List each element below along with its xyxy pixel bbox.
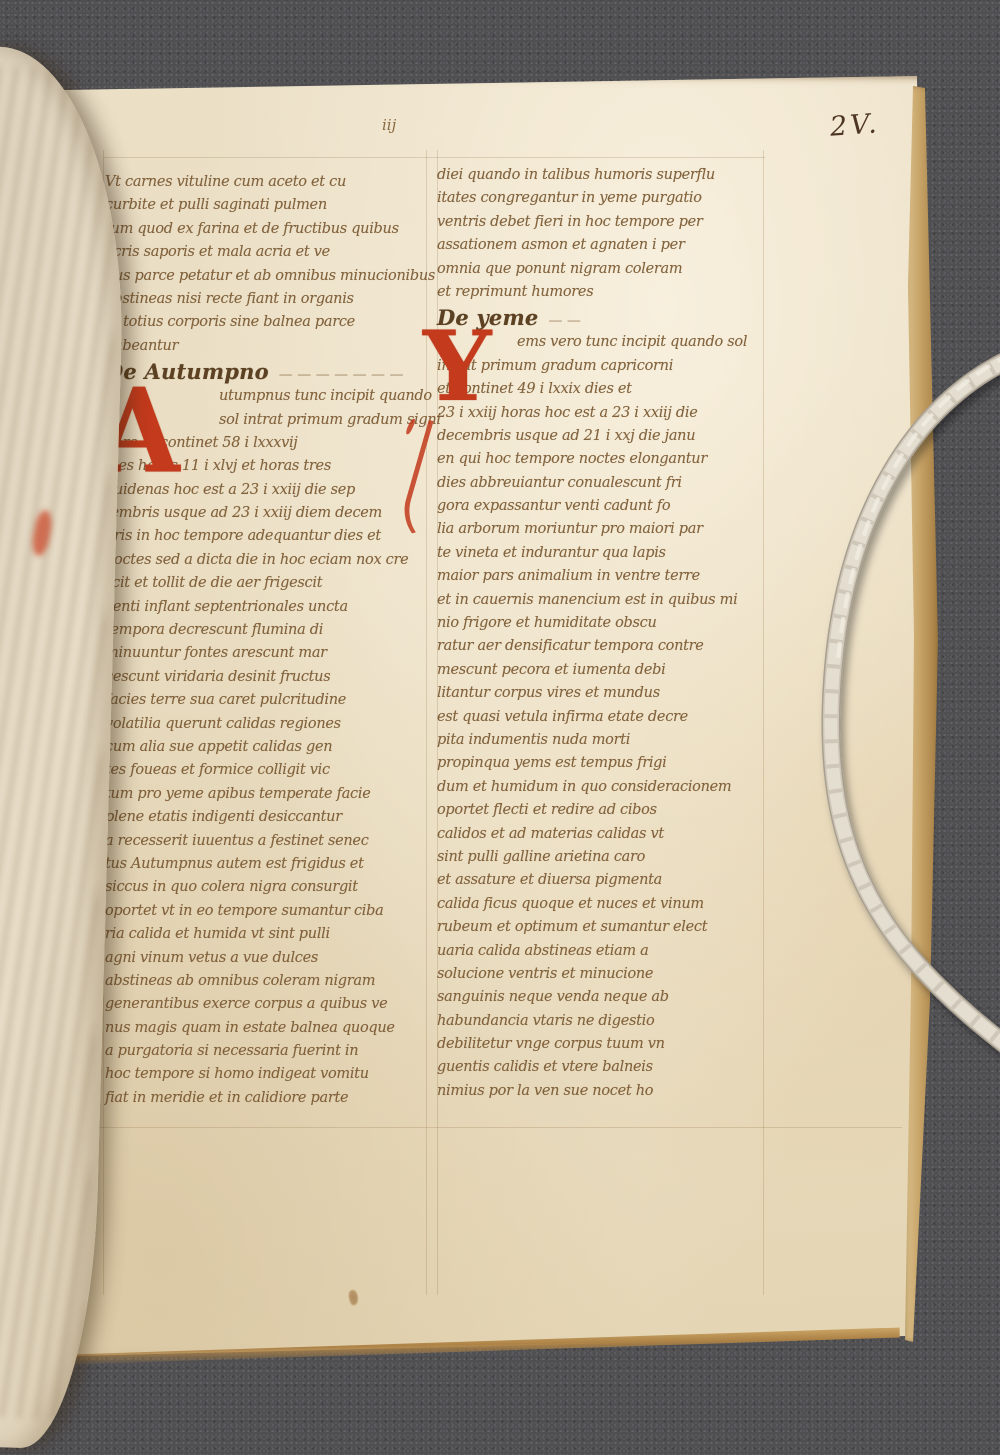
text-line: nus magis quam in estate balnea quoque bbox=[105, 1017, 427, 1040]
text-line: maior pars animalium in ventre terre bbox=[437, 565, 765, 588]
text-line: en qui hoc tempore noctes elongantur bbox=[437, 448, 765, 471]
text-line: ria calida et humida vt sint pulli bbox=[105, 923, 427, 946]
text-line: diei quando in talibus humoris superflu bbox=[437, 164, 765, 187]
quire-signature: iij bbox=[382, 116, 396, 134]
text-line: habeantur bbox=[105, 335, 427, 358]
text-line: abstineas ab omnibus coleram nigram bbox=[105, 970, 427, 993]
text-line: et assature et diuersa pigmenta bbox=[437, 869, 765, 892]
text-line: a purgatoria si necessaria fuerint in bbox=[105, 1040, 427, 1063]
text-line: habundancia vtaris ne digestio bbox=[437, 1010, 765, 1033]
text-line: cescunt viridaria desinit fructus bbox=[105, 666, 427, 689]
text-line: decembris usque ad 21 i xxj die janu bbox=[437, 425, 765, 448]
text-line: minuuntur fontes arescunt mar bbox=[105, 642, 427, 665]
text-line: sint pulli galline arietina caro bbox=[437, 846, 765, 869]
text-line: debilitetur vnge corpus tuum vn bbox=[437, 1033, 765, 1056]
text-line: omnia que ponunt nigram coleram bbox=[437, 258, 765, 281]
text-line: venti inflant septentrionales uncta bbox=[105, 596, 427, 619]
text-line: rubeum et optimum et sumantur elect bbox=[437, 916, 765, 939]
text-line: tum pro yeme apibus temperate facie bbox=[105, 783, 427, 806]
text-line: cum alia sue appetit calidas gen bbox=[105, 736, 427, 759]
folio-number: 2V. bbox=[829, 108, 881, 142]
text-line: et in cauernis manencium est in quibus m… bbox=[437, 589, 765, 612]
text-line: gora expassantur venti cadunt fo bbox=[437, 495, 765, 518]
text-line: pita indumentis nuda morti bbox=[437, 729, 765, 752]
text-line: ventris debet fieri in hoc tempore per bbox=[437, 211, 765, 234]
text-line: oportet flecti et redire ad cibos bbox=[437, 799, 765, 822]
text-line: nimius por la ven sue nocet ho bbox=[437, 1080, 765, 1103]
text-line: guentis calidis et vtere balneis bbox=[437, 1056, 765, 1079]
text-line: scit et tollit de die aer frigescit bbox=[105, 572, 427, 595]
rubricated-initial-y: Y bbox=[423, 319, 492, 415]
text-line: Vt carnes vituline cum aceto et cu bbox=[105, 171, 427, 194]
text-line: ratur aer densificatur tempora contre bbox=[437, 635, 765, 658]
text-line: facies terre sua caret pulcritudine bbox=[105, 689, 427, 712]
right-column-upper-lines: diei quando in talibus humoris superflui… bbox=[437, 164, 765, 304]
text-line: te vineta et indurantur qua lapis bbox=[437, 542, 765, 565]
text-line: litantur corpus vires et mundus bbox=[437, 682, 765, 705]
text-line: fiat in meridie et in calidiore parte bbox=[105, 1087, 427, 1110]
text-line: calida ficus quoque et nuces et vinum bbox=[437, 893, 765, 916]
text-line: plene etatis indigenti desiccantur bbox=[105, 806, 427, 829]
text-line: tum quod ex farina et de fructibus quibu… bbox=[105, 218, 427, 241]
text-line: tempora decrescunt flumina di bbox=[105, 619, 427, 642]
left-text-column: Vt carnes vituline cum aceto et cucurbit… bbox=[105, 171, 427, 1110]
text-line: assationem asmon et agnaten i per bbox=[437, 234, 765, 257]
text-line: noctes sed a dicta die in hoc eciam nox … bbox=[105, 549, 427, 572]
text-line: curbite et pulli saginati pulmen bbox=[105, 194, 427, 217]
ruling-line-horizontal bbox=[80, 1127, 902, 1128]
text-line: agni vinum vetus a vue dulces bbox=[105, 947, 427, 970]
text-line: volatilia querunt calidas regiones bbox=[105, 713, 427, 736]
left-column-upper-lines: Vt carnes vituline cum aceto et cucurbit… bbox=[105, 171, 427, 358]
text-line: abstineas nisi recte fiant in organis bbox=[105, 288, 427, 311]
text-line: propinqua yems est tempus frigi bbox=[437, 752, 765, 775]
text-line: tes foueas et formice colligit vic bbox=[105, 759, 427, 782]
text-line: uaria calida abstineas etiam a bbox=[437, 940, 765, 963]
text-line: lia arborum moriuntur pro maiori par bbox=[437, 518, 765, 541]
text-line: bris in hoc tempore adequantur dies et bbox=[105, 525, 427, 548]
ruling-line-horizontal bbox=[103, 157, 765, 158]
text-line: tembris usque ad 23 i xxiij diem decem bbox=[105, 502, 427, 525]
text-line: generantibus exerce corpus a quibus ve bbox=[105, 993, 427, 1016]
text-line: siccus in quo colera nigra consurgit bbox=[105, 876, 427, 899]
text-line: hoc tempore si homo indigeat vomitu bbox=[105, 1063, 427, 1086]
text-line: a recesserit iuuentus a festinet senec bbox=[105, 830, 427, 853]
text-line: et totius corporis sine balnea parce bbox=[105, 311, 427, 334]
text-line: sanguinis neque venda neque ab bbox=[437, 986, 765, 1009]
text-line: dum et humidum in quo consideracionem bbox=[437, 776, 765, 799]
text-line: solucione ventris et minucione bbox=[437, 963, 765, 986]
text-line: acris saporis et mala acria et ve bbox=[105, 241, 427, 264]
text-line: mescunt pecora et iumenta debi bbox=[437, 659, 765, 682]
left-column-body-lines: A utumpnus tunc incipit quandosol intrat… bbox=[105, 385, 427, 1110]
text-line: est quasi vetula infirma etate decre bbox=[437, 706, 765, 729]
right-text-column: diei quando in talibus humoris superflui… bbox=[437, 164, 765, 1103]
text-line: nio frigore et humiditate obscu bbox=[437, 612, 765, 635]
right-column-body-lines: Y ems vero tunc incipit quando solintrat… bbox=[437, 331, 765, 1103]
text-line: tus Autumpnus autem est frigidus et bbox=[105, 853, 427, 876]
text-line: dies abbreuiantur conualescunt fri bbox=[437, 472, 765, 495]
text-line: calidos et ad materias calidas vt bbox=[437, 823, 765, 846]
text-line: nus parce petatur et ab omnibus minucion… bbox=[105, 265, 427, 288]
text-line: itates congregantur in yeme purgatio bbox=[437, 187, 765, 210]
text-line: et reprimunt humores bbox=[437, 281, 765, 304]
photograph-background: 2V. iij Vt carnes vituline cum aceto et … bbox=[0, 0, 1000, 1455]
text-line: oportet vt in eo tempore sumantur ciba bbox=[105, 900, 427, 923]
